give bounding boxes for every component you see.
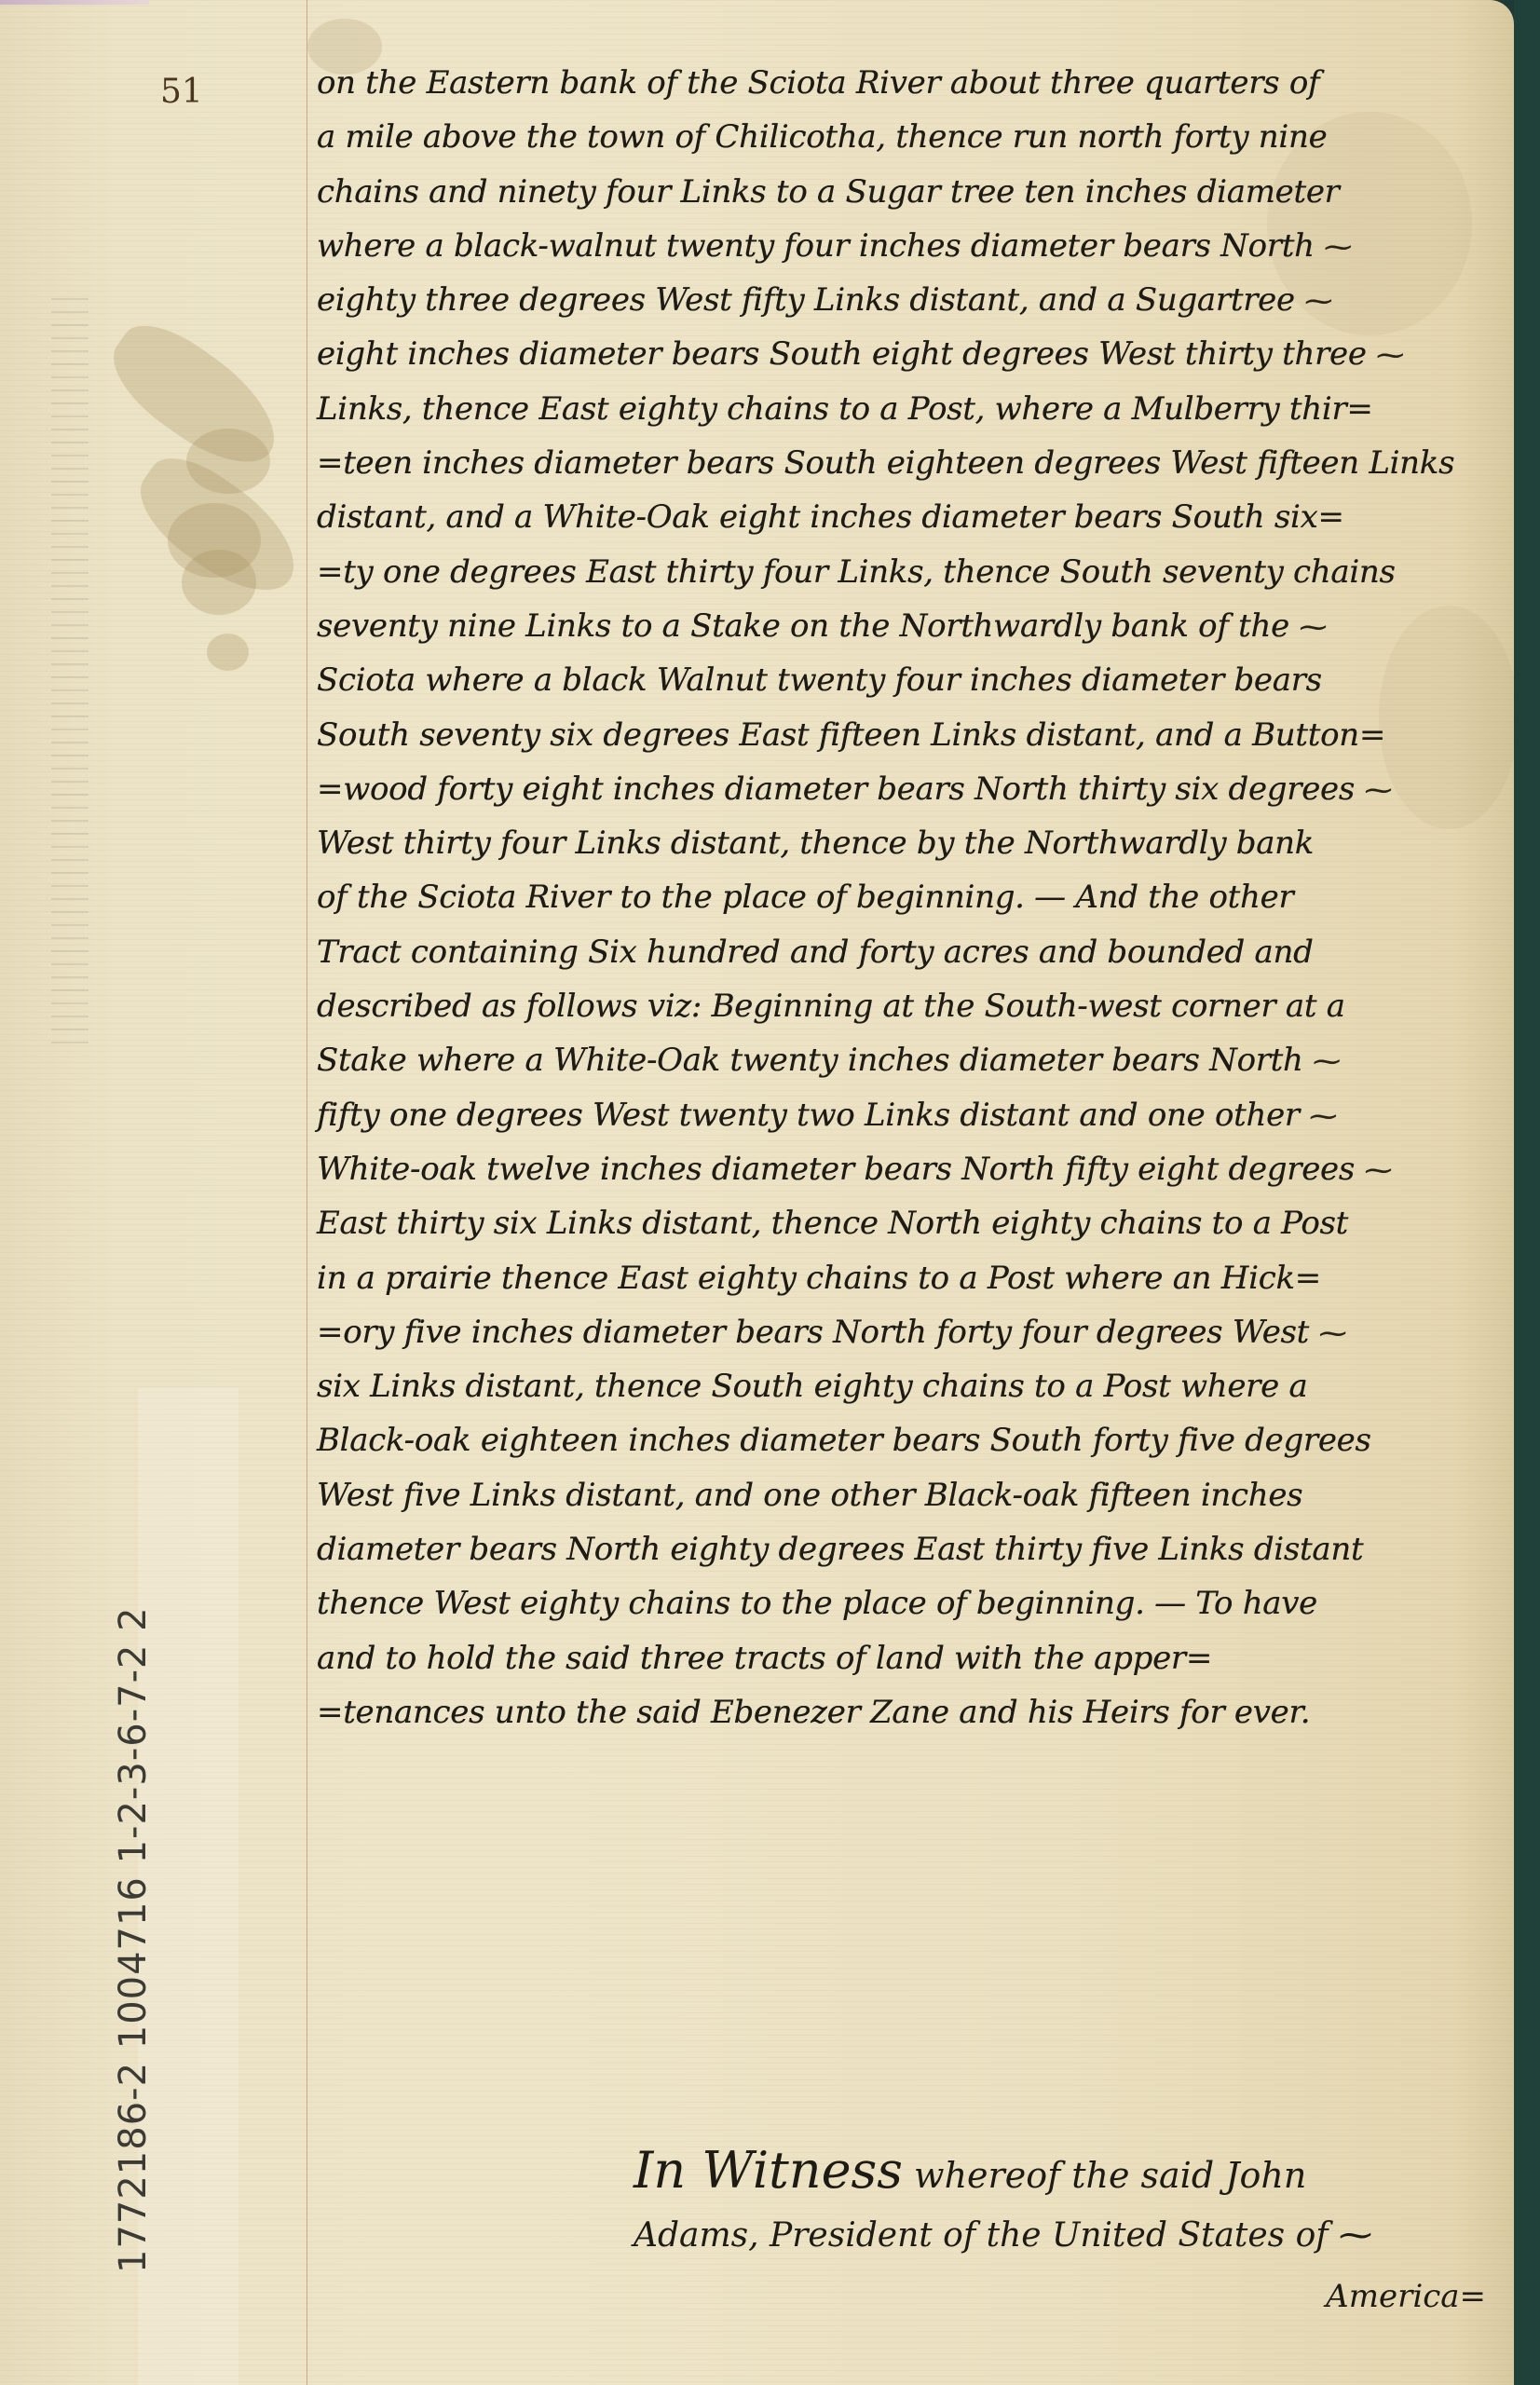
text-line: Tract containing Six hundred and forty a… — [317, 925, 1514, 979]
witness-clause: In Witness whereof the said John Adams, … — [634, 2138, 1509, 2324]
text-line: =teen inches diameter bears South eighte… — [317, 436, 1514, 490]
water-stain — [182, 550, 256, 615]
text-line: Black-oak eighteen inches diameter bears… — [317, 1413, 1514, 1467]
text-line: White-oak twelve inches diameter bears N… — [317, 1142, 1514, 1196]
text-line: eight inches diameter bears South eight … — [317, 327, 1514, 381]
line-filler-flourish-icon: ⁓ — [1313, 1045, 1341, 1078]
text-line: West five Links distant, and one other B… — [317, 1468, 1514, 1522]
text-line: =ory five inches diameter bears North fo… — [317, 1305, 1514, 1359]
manuscript-page: 51 on the Eastern bank of the Sciota Riv… — [0, 0, 1514, 2385]
book-binding-edge — [1514, 0, 1540, 2385]
text-line: on the Eastern bank of the Sciota River … — [317, 56, 1514, 110]
line-filler-flourish-icon: ⁓ — [1339, 2216, 1372, 2255]
margin-rule-line — [307, 0, 307, 2385]
line-filler-flourish-icon: ⁓ — [1365, 774, 1393, 807]
line-filler-flourish-icon: ⁓ — [1309, 1100, 1337, 1133]
text-line: where a black-walnut twenty four inches … — [317, 219, 1514, 273]
text-line: and to hold the said three tracts of lan… — [317, 1631, 1514, 1685]
line-filler-flourish-icon: ⁓ — [1324, 231, 1352, 264]
text-line: a mile above the town of Chilicotha, the… — [317, 110, 1514, 164]
witness-line-1: In Witness whereof the said John — [634, 2138, 1509, 2203]
text-line: South seventy six degrees East fifteen L… — [317, 708, 1514, 762]
page-top-edge — [0, 0, 149, 5]
spine-stitching — [51, 298, 89, 1043]
folio-number: 51 — [160, 73, 203, 111]
line-filler-flourish-icon: ⁓ — [1304, 285, 1332, 318]
text-line: six Links distant, thence South eighty c… — [317, 1359, 1514, 1413]
text-line: eighty three degrees West fifty Links di… — [317, 273, 1514, 327]
text-line: Sciota where a black Walnut twenty four … — [317, 653, 1514, 707]
text-line: in a prairie thence East eighty chains t… — [317, 1251, 1514, 1305]
water-stain — [207, 634, 249, 671]
text-line: =tenances unto the said Ebenezer Zane an… — [317, 1685, 1514, 1739]
text-line: seventy nine Links to a Stake on the Nor… — [317, 599, 1514, 653]
witness-line-3: America= — [634, 2269, 1509, 2324]
deed-body-text: on the Eastern bank of the Sciota River … — [317, 56, 1514, 1739]
text-line: chains and ninety four Links to a Sugar … — [317, 165, 1514, 219]
text-line: of the Sciota River to the place of begi… — [317, 870, 1514, 924]
text-line: East thirty six Links distant, thence No… — [317, 1196, 1514, 1250]
text-line: West thirty four Links distant, thence b… — [317, 816, 1514, 870]
text-line: Stake where a White-Oak twenty inches di… — [317, 1033, 1514, 1087]
witness-line-2: Adams, President of the United States of… — [634, 2203, 1509, 2269]
text-line: =ty one degrees East thirty four Links, … — [317, 545, 1514, 599]
text-line: Links, thence East eighty chains to a Po… — [317, 382, 1514, 436]
text-line: thence West eighty chains to the place o… — [317, 1576, 1514, 1630]
text-line: =wood forty eight inches diameter bears … — [317, 762, 1514, 816]
line-filler-flourish-icon: ⁓ — [1376, 339, 1404, 372]
archival-pencil-annotation: 1772186-2 1004716 1-2-3-6-7-2 2 — [112, 1606, 155, 2273]
text-line: described as follows viz: Beginning at t… — [317, 979, 1514, 1033]
line-filler-flourish-icon: ⁓ — [1365, 1154, 1393, 1187]
text-line: distant, and a White-Oak eight inches di… — [317, 490, 1514, 544]
text-line: diameter bears North eighty degrees East… — [317, 1522, 1514, 1576]
text-line: fifty one degrees West twenty two Links … — [317, 1088, 1514, 1142]
line-filler-flourish-icon: ⁓ — [1299, 611, 1327, 644]
line-filler-flourish-icon: ⁓ — [1319, 1317, 1347, 1350]
